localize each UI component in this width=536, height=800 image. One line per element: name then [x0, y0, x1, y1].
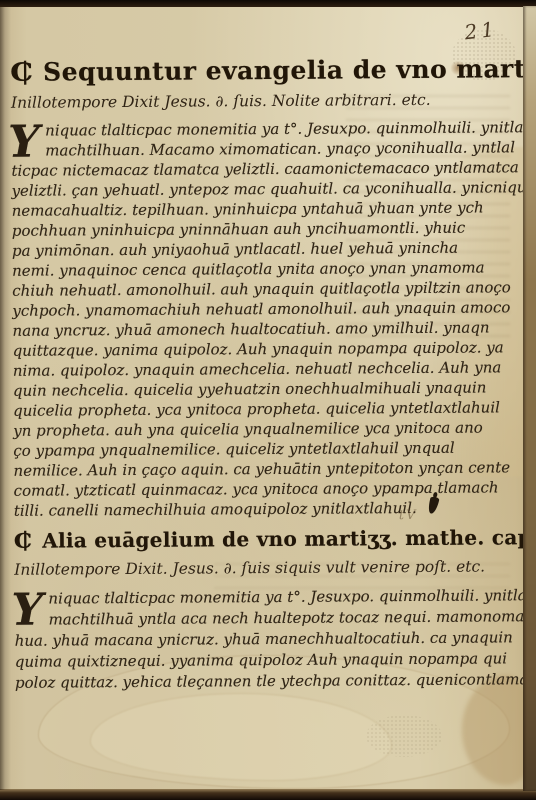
- text-line: poloz quittaz. yehica tleçannen tle ytec…: [15, 669, 521, 694]
- text-block-1: Y niquac tlalticpac monemitia ya t°. Jes…: [11, 117, 520, 521]
- capitulum-icon: C: [14, 529, 33, 553]
- gutter-shadow: [0, 7, 11, 790]
- drop-cap-initial: Y: [11, 590, 43, 632]
- book-bottom-edge: [0, 789, 536, 800]
- manuscript-photo: 21 CSequuntur evangelia de vno martire..…: [0, 0, 536, 800]
- section-heading-1-text: Sequuntur evangelia de vno martire..: [43, 54, 536, 87]
- page-content: 21 CSequuntur evangelia de vno martire..…: [0, 5, 536, 792]
- marginal-annotation: tV: [399, 508, 418, 523]
- drop-cap-initial: Y: [8, 122, 40, 164]
- text-line: comatl. ytzticatl quinmacaz. yca ynitoca…: [14, 477, 520, 501]
- book-top-edge: [0, 0, 536, 7]
- incipit-1: Inillotempore Dixit Jesus. ∂. ſuis. Noli…: [11, 91, 431, 112]
- text-block-2: Y niquac tlalticpac monemitia ya t°. Jes…: [14, 585, 521, 694]
- manuscript-page: 21 CSequuntur evangelia de vno martire..…: [0, 7, 536, 790]
- text-line: tilli. canelli namechilhuia amoquipoloz …: [14, 497, 520, 521]
- section-heading-1: CSequuntur evangelia de vno martire..: [12, 54, 536, 87]
- section-heading-2: CAlia euāgelium de vno martiʒʒ. mathe. c…: [15, 525, 536, 553]
- section-heading-2-text: Alia euāgelium de vno martiʒʒ. mathe. ca…: [42, 525, 536, 553]
- folio-number: 21: [463, 17, 499, 45]
- page-block-right-edge: [523, 6, 536, 791]
- incipit-2: Inillotempore Dixit. Jesus. ∂. ſuis siqu…: [14, 557, 485, 578]
- capitulum-icon: C: [10, 58, 34, 87]
